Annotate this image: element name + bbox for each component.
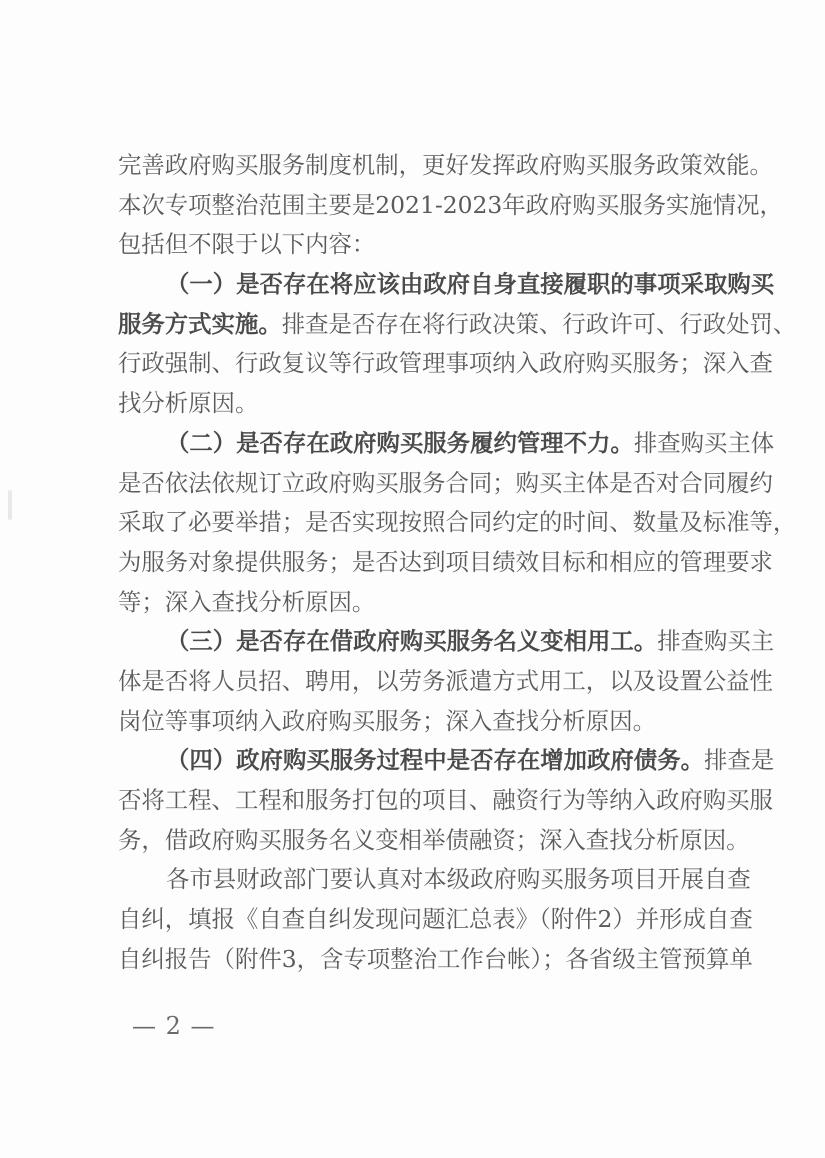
line-text: 务，借政府购买服务名义变相举债融资；深入查找分析原因。 bbox=[118, 826, 750, 854]
line-text: 排查购买主 bbox=[657, 627, 774, 655]
text-line: 体是否将人员招、聘用，以劳务派遣方式用工，以及设置公益性 bbox=[118, 662, 714, 702]
text-line: 自纠报告（附件3，含专项整治工作台帐）；各省级主管预算单 bbox=[118, 940, 714, 980]
line-text: 找分析原因。 bbox=[118, 389, 258, 417]
text-line: 为服务对象提供服务；是否达到项目绩效目标和相应的管理要求 bbox=[118, 543, 714, 583]
document-page: 完善政府购买服务制度机制，更好发挥政府购买服务政策效能。本次专项整治范围主要是2… bbox=[0, 0, 825, 1158]
text-line: 自纠，填报《自查自纠发现问题汇总表》（附件2）并形成自查 bbox=[118, 900, 714, 940]
line-text: 排查是 bbox=[704, 746, 774, 774]
section-heading: 服务方式实施。 bbox=[118, 310, 282, 338]
text-line: 否将工程、工程和服务打包的项目、融资行为等纳入政府购买服 bbox=[118, 781, 714, 821]
line-text: 自纠，填报《自查自纠发现问题汇总表》（附件2）并形成自查 bbox=[118, 905, 753, 933]
text-line: （一）是否存在将应该由政府自身直接履职的事项采取购买 bbox=[118, 265, 714, 305]
line-text: 是否依法依规订立政府购买服务合同；购买主体是否对合同履约 bbox=[118, 469, 773, 497]
line-text: 体是否将人员招、聘用，以劳务派遣方式用工，以及设置公益性 bbox=[118, 667, 773, 695]
line-text: 完善政府购买服务制度机制，更好发挥政府购买服务政策效能。 bbox=[118, 151, 773, 179]
line-text: 各市县财政部门要认真对本级政府购买服务项目开展自查 bbox=[166, 865, 751, 893]
section-heading: （一）是否存在将应该由政府自身直接履职的事项采取购买 bbox=[166, 270, 774, 298]
text-line: 等；深入查找分析原因。 bbox=[118, 583, 714, 623]
line-text: 等；深入查找分析原因。 bbox=[118, 588, 375, 616]
section-heading: （四）政府购买服务过程中是否存在增加政府债务。 bbox=[166, 746, 704, 774]
section-heading: （二）是否存在政府购买服务履约管理不力。 bbox=[166, 429, 634, 457]
text-line: 完善政府购买服务制度机制，更好发挥政府购买服务政策效能。 bbox=[118, 146, 714, 186]
text-line: （二）是否存在政府购买服务履约管理不力。排查购买主体 bbox=[118, 424, 714, 464]
text-line: 岗位等事项纳入政府购买服务；深入查找分析原因。 bbox=[118, 702, 714, 742]
text-line: （三）是否存在借政府购买服务名义变相用工。排查购买主 bbox=[118, 622, 714, 662]
text-line: 各市县财政部门要认真对本级政府购买服务项目开展自查 bbox=[118, 860, 714, 900]
line-text: 为服务对象提供服务；是否达到项目绩效目标和相应的管理要求 bbox=[118, 548, 773, 576]
text-line: 行政强制、行政复议等行政管理事项纳入政府购买服务；深入查 bbox=[118, 344, 714, 384]
line-text: 排查是否存在将行政决策、行政许可、行政处罚、 bbox=[282, 310, 797, 338]
text-line: 务，借政府购买服务名义变相举债融资；深入查找分析原因。 bbox=[118, 821, 714, 861]
line-text: 岗位等事项纳入政府购买服务；深入查找分析原因。 bbox=[118, 707, 656, 735]
text-line: 本次专项整治范围主要是2021-2023年政府购买服务实施情况， bbox=[118, 186, 714, 226]
text-line: （四）政府购买服务过程中是否存在增加政府债务。排查是 bbox=[118, 741, 714, 781]
text-line: 找分析原因。 bbox=[118, 384, 714, 424]
text-line: 是否依法依规订立政府购买服务合同；购买主体是否对合同履约 bbox=[118, 464, 714, 504]
line-text: 自纠报告（附件3，含专项整治工作台帐）；各省级主管预算单 bbox=[118, 945, 753, 973]
section-heading: （三）是否存在借政府购买服务名义变相用工。 bbox=[166, 627, 657, 655]
line-text: 包括但不限于以下内容： bbox=[118, 230, 375, 258]
line-text: 否将工程、工程和服务打包的项目、融资行为等纳入政府购买服 bbox=[118, 786, 773, 814]
text-line: 包括但不限于以下内容： bbox=[118, 225, 714, 265]
scan-artifact bbox=[8, 490, 12, 520]
text-line: 服务方式实施。排查是否存在将行政决策、行政许可、行政处罚、 bbox=[118, 305, 714, 345]
line-text: 采取了必要举措；是否实现按照合同约定的时间、数量及标准等， bbox=[118, 508, 796, 536]
page-number: — 2 — bbox=[132, 1012, 216, 1040]
line-text: 排查购买主体 bbox=[634, 429, 774, 457]
text-line: 采取了必要举措；是否实现按照合同约定的时间、数量及标准等， bbox=[118, 503, 714, 543]
line-text: 行政强制、行政复议等行政管理事项纳入政府购买服务；深入查 bbox=[118, 349, 773, 377]
document-body: 完善政府购买服务制度机制，更好发挥政府购买服务政策效能。本次专项整治范围主要是2… bbox=[118, 146, 714, 979]
line-text: 本次专项整治范围主要是2021-2023年政府购买服务实施情况， bbox=[118, 191, 783, 219]
